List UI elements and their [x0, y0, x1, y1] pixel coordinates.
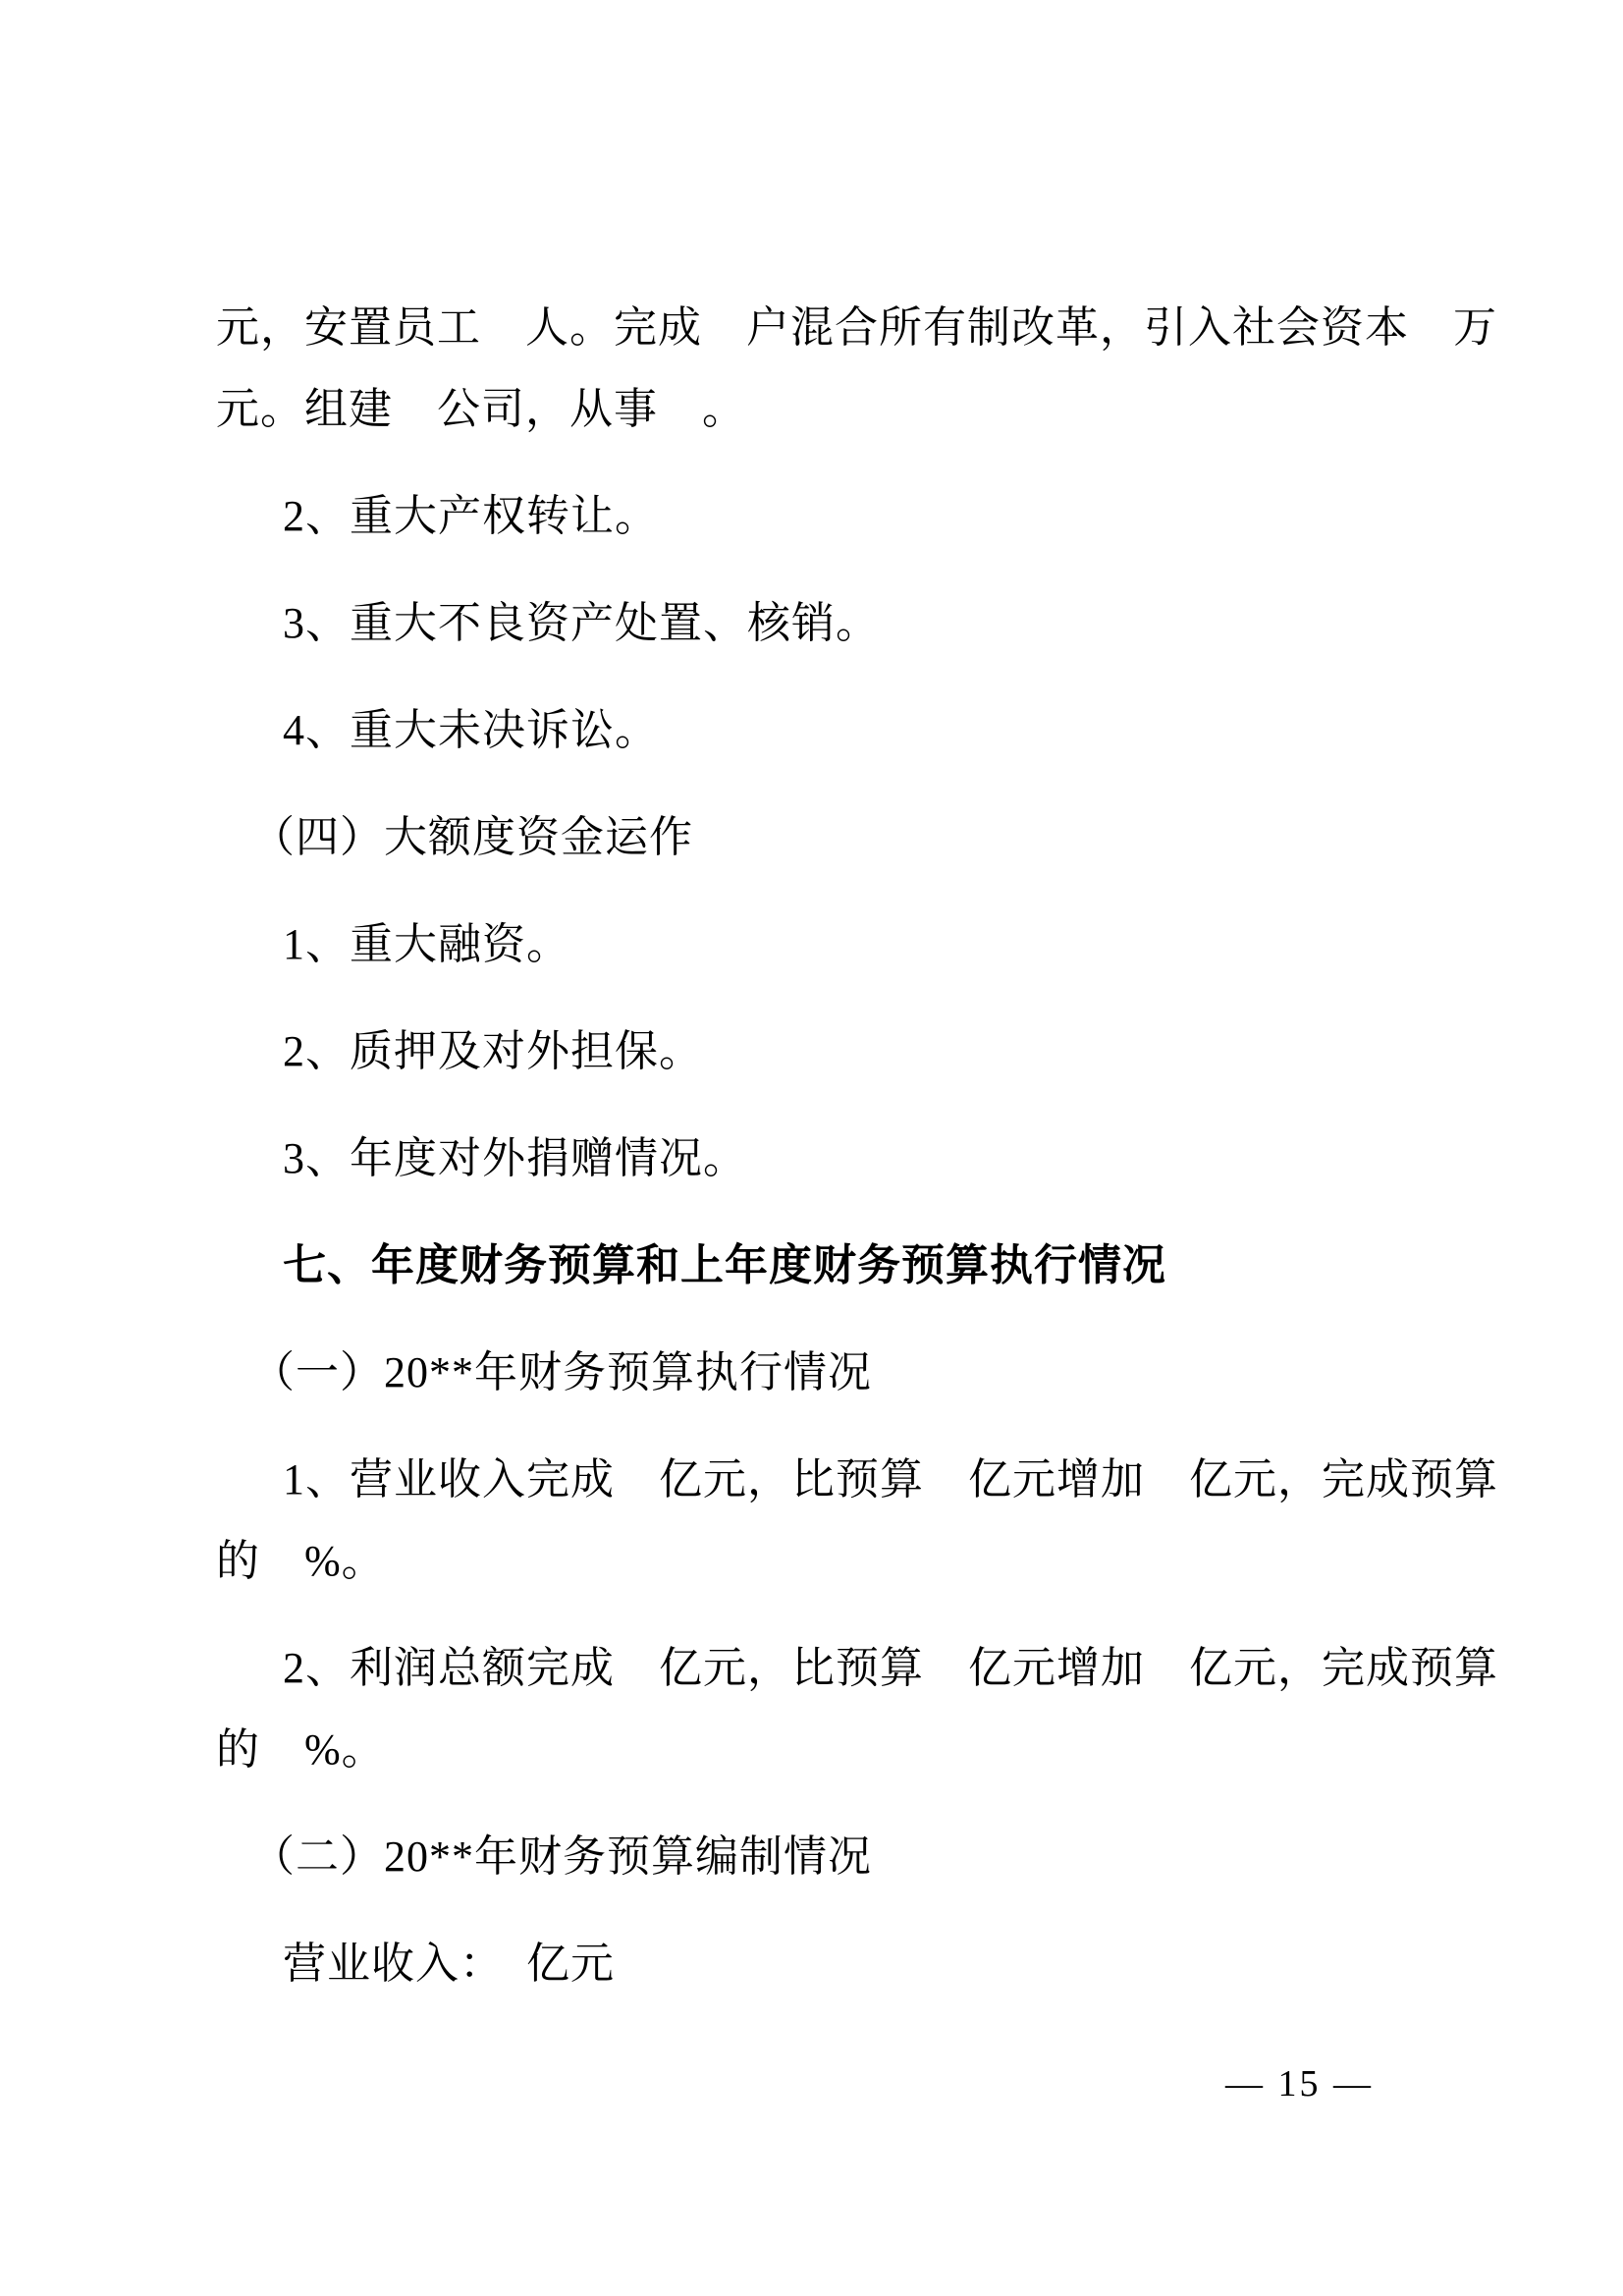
sub-heading: （二）20**年财务预算编制情况	[251, 1831, 872, 1883]
list-item: 2、重大产权转让。	[283, 491, 659, 542]
section-heading: 七、年度财务预算和上年度财务预算执行情况	[283, 1240, 1166, 1291]
list-item: 2、利润总额完成 亿元，比预算 亿元增加 亿元，完成预算	[283, 1643, 1498, 1694]
list-item: 2、质押及对外担保。	[283, 1026, 703, 1077]
list-item: 3、年度对外捐赠情况。	[283, 1133, 747, 1184]
list-item: 1、营业收入完成 亿元，比预算 亿元增加 亿元，完成预算	[283, 1454, 1498, 1505]
list-item: 3、重大不良资产处置、核销。	[283, 598, 880, 649]
list-item: 1、重大融资。	[283, 919, 570, 970]
list-item: 4、重大未决诉讼。	[283, 705, 659, 756]
text-line: 的 %。	[216, 1724, 386, 1776]
sub-heading: （一）20**年财务预算执行情况	[251, 1347, 872, 1398]
text-line: 元。组建 公司，从事 。	[216, 384, 746, 435]
sub-heading: （四）大额度资金运作	[251, 812, 693, 863]
text-line: 元，安置员工 人。完成 户混合所有制改革，引入社会资本 万	[216, 302, 1497, 354]
page-number: — 15 —	[1225, 2062, 1374, 2105]
text-line: 营业收入： 亿元	[283, 1939, 615, 1990]
document-page: 元，安置员工 人。完成 户混合所有制改革，引入社会资本 万 元。组建 公司，从事…	[0, 0, 1623, 2296]
text-line: 的 %。	[216, 1536, 386, 1587]
